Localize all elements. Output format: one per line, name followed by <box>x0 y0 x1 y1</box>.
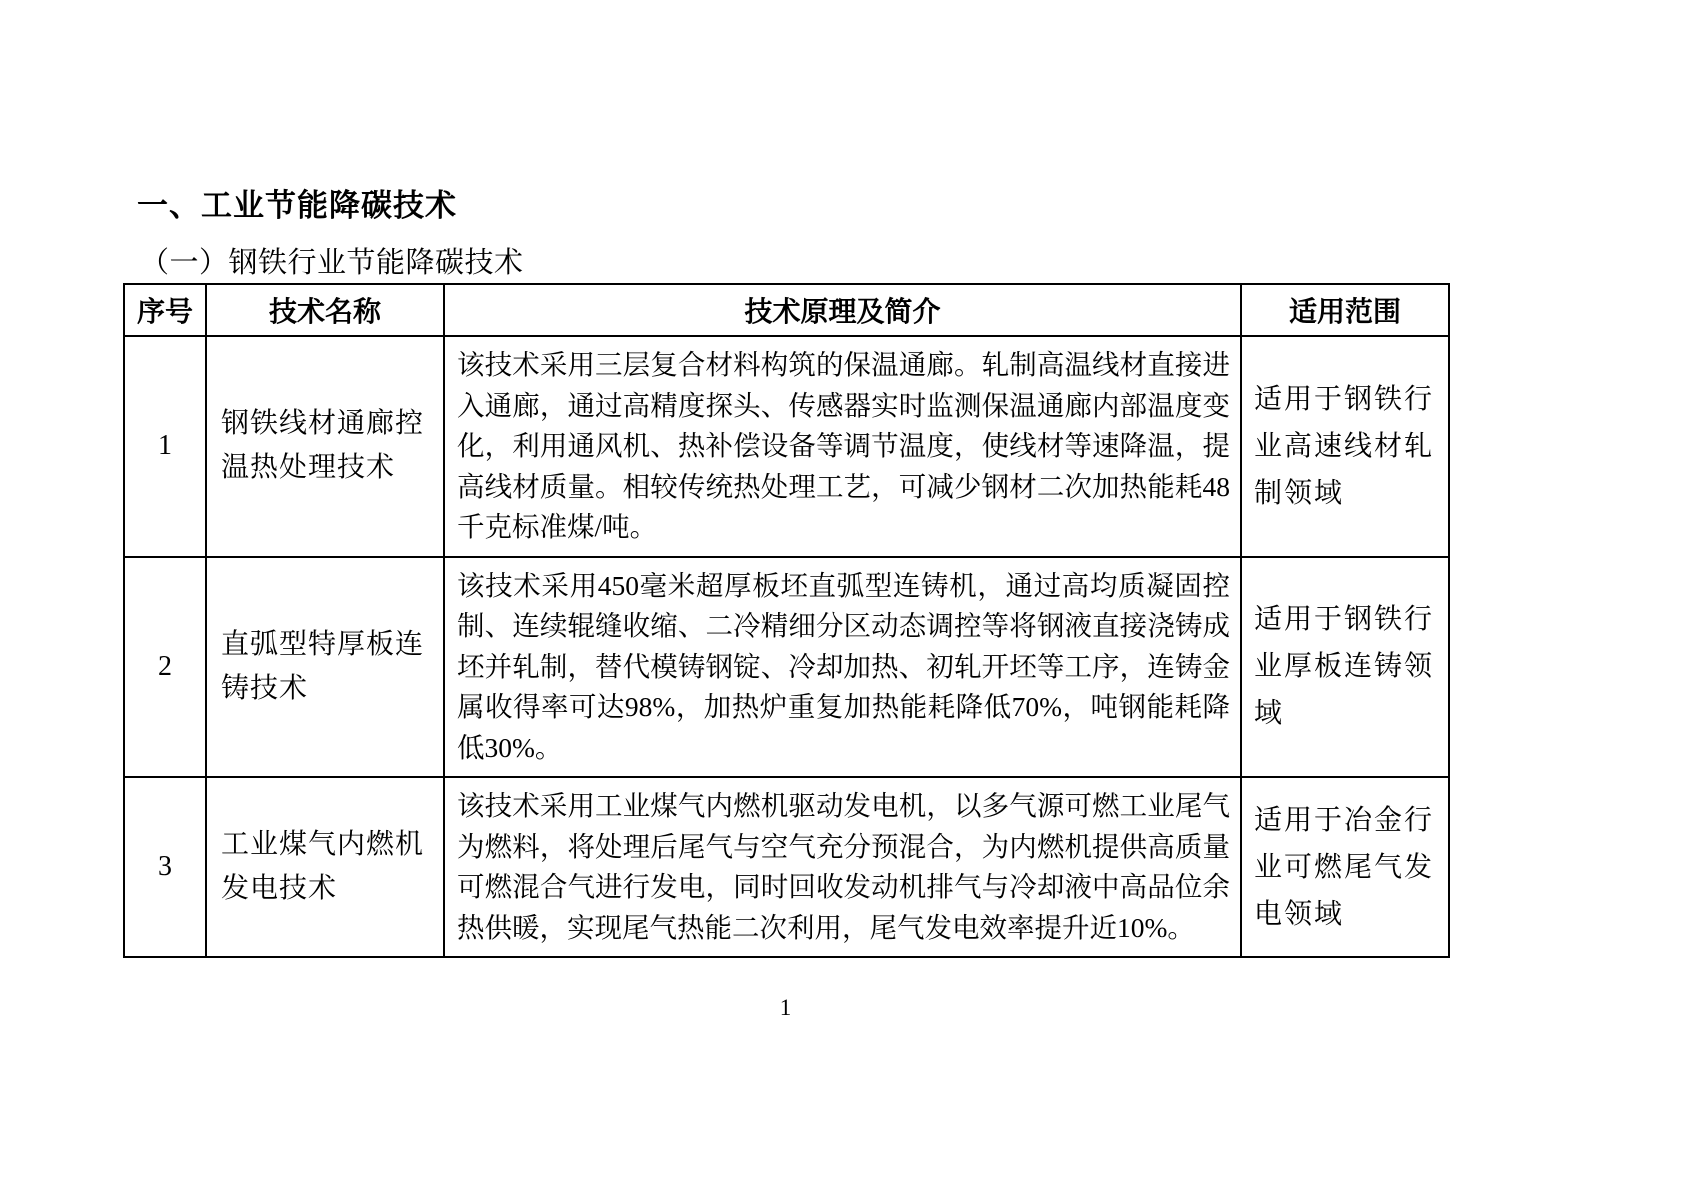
header-description: 技术原理及简介 <box>444 284 1241 336</box>
row-index: 3 <box>124 777 206 957</box>
tech-scope: 适用于钢铁行业高速线材轧制领域 <box>1241 336 1449 557</box>
tech-description: 该技术采用450毫米超厚板坯直弧型连铸机，通过高均质凝固控制、连续辊缝收缩、二冷… <box>444 557 1241 778</box>
technology-table: 序号 技术名称 技术原理及简介 适用范围 1 钢铁线材通廊控温热处理技术 该技术… <box>123 283 1450 958</box>
row-index: 1 <box>124 336 206 557</box>
table-row: 1 钢铁线材通廊控温热处理技术 该技术采用三层复合材料构筑的保温通廊。轧制高温线… <box>124 336 1449 557</box>
header-index: 序号 <box>124 284 206 336</box>
tech-scope: 适用于钢铁行业厚板连铸领域 <box>1241 557 1449 778</box>
row-index: 2 <box>124 557 206 778</box>
table-row: 3 工业煤气内燃机发电技术 该技术采用工业煤气内燃机驱动发电机，以多气源可燃工业… <box>124 777 1449 957</box>
tech-scope: 适用于冶金行业可燃尾气发电领域 <box>1241 777 1449 957</box>
header-scope: 适用范围 <box>1241 284 1449 336</box>
tech-name: 直弧型特厚板连铸技术 <box>206 557 444 778</box>
table-row: 2 直弧型特厚板连铸技术 该技术采用450毫米超厚板坯直弧型连铸机，通过高均质凝… <box>124 557 1449 778</box>
tech-description: 该技术采用工业煤气内燃机驱动发电机，以多气源可燃工业尾气为燃料，将处理后尾气与空… <box>444 777 1241 957</box>
tech-name: 钢铁线材通廊控温热处理技术 <box>206 336 444 557</box>
tech-name: 工业煤气内燃机发电技术 <box>206 777 444 957</box>
table-header-row: 序号 技术名称 技术原理及简介 适用范围 <box>124 284 1449 336</box>
tech-description: 该技术采用三层复合材料构筑的保温通廊。轧制高温线材直接进入通廊，通过高精度探头、… <box>444 336 1241 557</box>
document-page: 一、工业节能降碳技术 （一）钢铁行业节能降碳技术 序号 技术名称 技术原理及简介… <box>0 0 1683 1190</box>
header-name: 技术名称 <box>206 284 444 336</box>
page-number: 1 <box>123 995 1448 1021</box>
section-title: 一、工业节能降碳技术 <box>137 180 457 225</box>
subsection-title: （一）钢铁行业节能降碳技术 <box>140 240 524 281</box>
